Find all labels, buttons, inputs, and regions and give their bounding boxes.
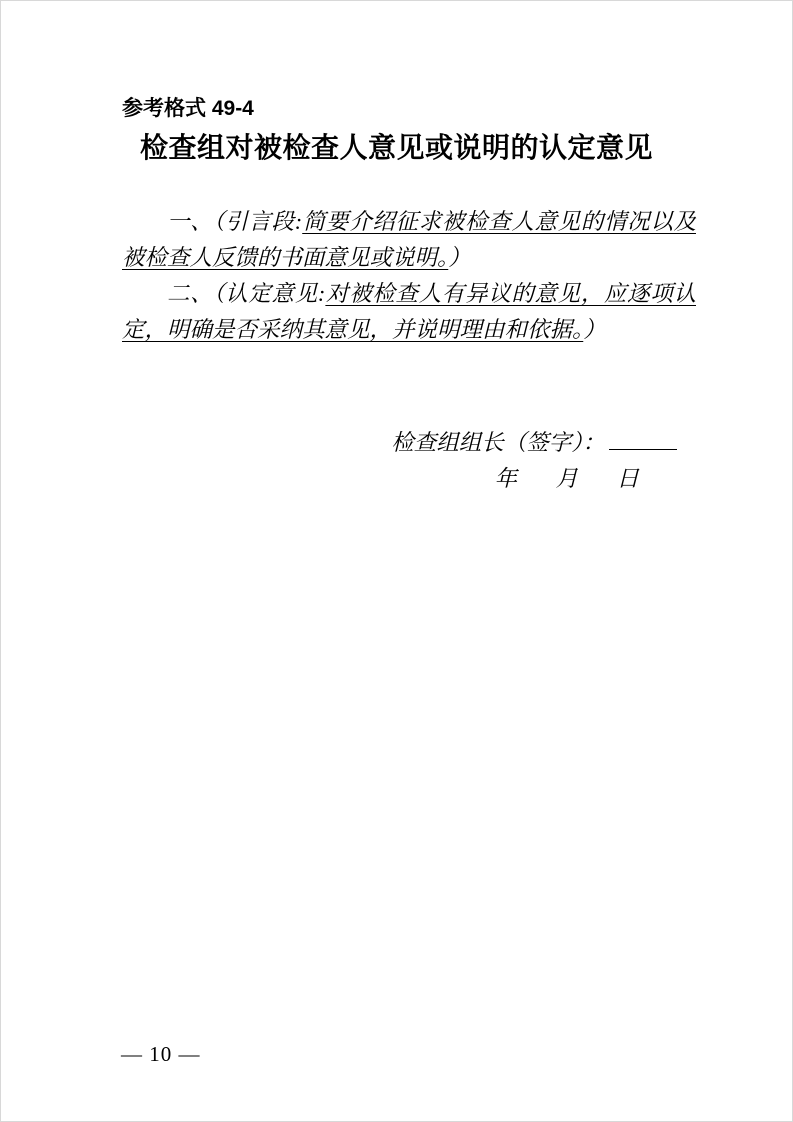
- signature-line: 检查组组长（签字）：: [391, 425, 677, 461]
- document-page: 参考格式 49-4 检查组对被检查人意见或说明的认定意见 一、（引言段:简要介绍…: [0, 0, 793, 1122]
- format-label: 参考格式 49-4: [122, 96, 254, 122]
- paragraph-1-suffix: ）: [448, 245, 471, 270]
- paragraph-2-suffix: ）: [583, 317, 606, 342]
- date-line: 年 月 日: [391, 461, 677, 497]
- page-number: — 10 —: [121, 1041, 201, 1067]
- paragraph-2-prefix: 二、（认定意见:: [167, 281, 325, 306]
- document-body: 一、（引言段:简要介绍征求被检查人意见的情况以及被检查人反馈的书面意见或说明。）…: [122, 204, 696, 348]
- paragraph-1-prefix: 一、（引言段:: [167, 209, 302, 234]
- paragraph-2: 二、（认定意见:对被检查人有异议的意见，应逐项认定，明确是否采纳其意见，并说明理…: [122, 276, 696, 348]
- signature-block: 检查组组长（签字）： 年 月 日: [391, 425, 677, 497]
- signature-label: 检查组组长（签字）：: [391, 430, 605, 455]
- signature-blank-line: [609, 429, 677, 450]
- paragraph-1: 一、（引言段:简要介绍征求被检查人意见的情况以及被检查人反馈的书面意见或说明。）: [122, 204, 696, 276]
- document-title: 检查组对被检查人意见或说明的认定意见: [1, 130, 792, 166]
